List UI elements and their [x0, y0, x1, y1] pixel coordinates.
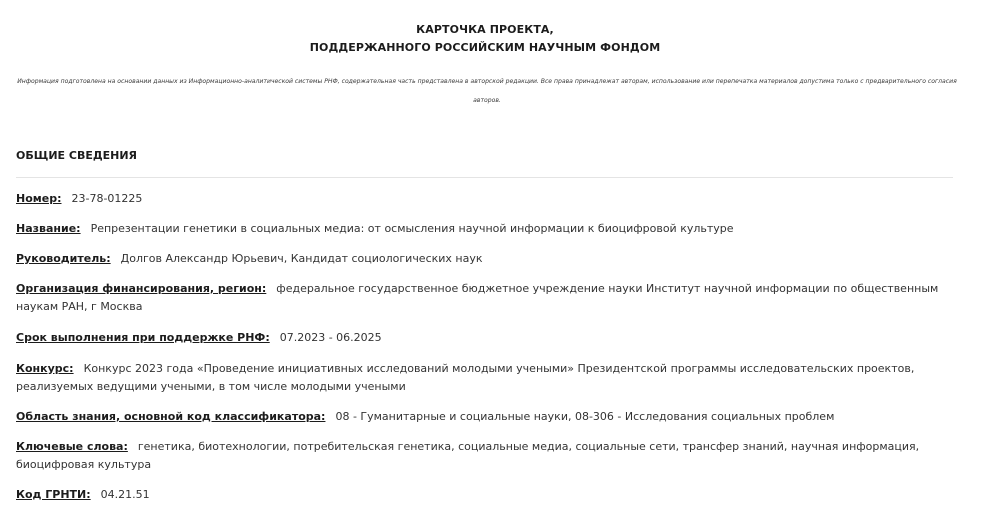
field-value: 04.21.51: [101, 488, 150, 501]
field-organization: Организация финансирования, регион:федер…: [16, 280, 961, 316]
field-label: Номер:: [16, 192, 62, 205]
field-value: 23-78-01225: [72, 192, 143, 205]
field-knowledge-area: Область знания, основной код классификат…: [16, 408, 961, 426]
field-label: Ключевые слова:: [16, 440, 128, 453]
field-label: Руководитель:: [16, 252, 111, 265]
field-value: 08 - Гуманитарные и социальные науки, 08…: [335, 410, 834, 423]
field-value: генетика, биотехнологии, потребительская…: [16, 440, 919, 471]
field-value: 07.2023 - 06.2025: [280, 331, 382, 344]
field-leader: Руководитель:Долгов Александр Юрьевич, К…: [16, 250, 961, 268]
field-value: Репрезентации генетики в социальных меди…: [91, 222, 734, 235]
field-grnti-code: Код ГРНТИ:04.21.51: [16, 486, 961, 504]
field-value: Долгов Александр Юрьевич, Кандидат социо…: [121, 252, 483, 265]
disclaimer-text: Информация подготовлена на основании дан…: [14, 72, 960, 110]
page-title-line1: КАРТОЧКА ПРОЕКТА,: [0, 23, 970, 36]
section-divider: [16, 177, 953, 178]
field-period: Срок выполнения при поддержке РНФ:07.202…: [16, 329, 961, 347]
field-keywords: Ключевые слова:генетика, биотехнологии, …: [16, 438, 961, 474]
field-label: Срок выполнения при поддержке РНФ:: [16, 331, 270, 344]
field-label: Организация финансирования, регион:: [16, 282, 266, 295]
page-title-line2: ПОДДЕРЖАННОГО РОССИЙСКИМ НАУЧНЫМ ФОНДОМ: [0, 41, 970, 54]
section-title: ОБЩИЕ СВЕДЕНИЯ: [16, 149, 137, 162]
field-number: Номер:23-78-01225: [16, 190, 961, 208]
field-label: Код ГРНТИ:: [16, 488, 91, 501]
field-label: Область знания, основной код классификат…: [16, 410, 325, 423]
field-title: Название:Репрезентации генетики в социал…: [16, 220, 961, 238]
field-label: Конкурс:: [16, 362, 74, 375]
field-competition: Конкурс:Конкурс 2023 года «Проведение ин…: [16, 360, 961, 396]
field-value: Конкурс 2023 года «Проведение инициативн…: [16, 362, 914, 393]
field-label: Название:: [16, 222, 81, 235]
